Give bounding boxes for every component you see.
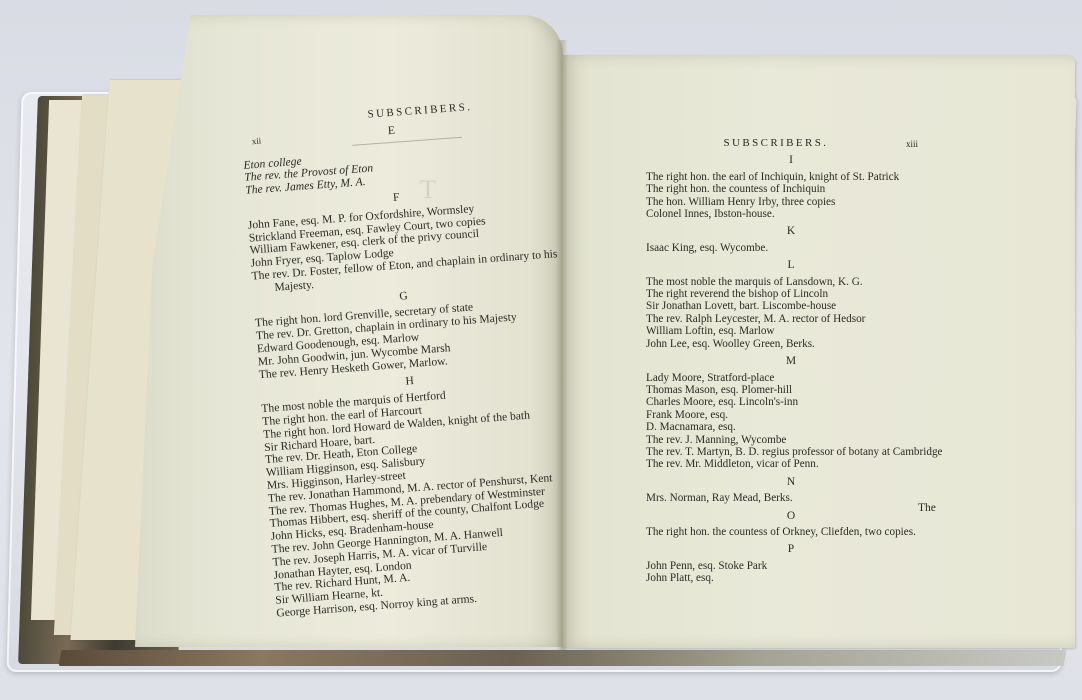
- running-head: SUBSCRIBERS.: [646, 137, 906, 149]
- subscriber-list: EEton collegeThe rev. the Provost of Eto…: [241, 112, 596, 620]
- subscriber-entry: The right reverend the bishop of Lincoln: [646, 288, 946, 300]
- page-number: xiii: [906, 138, 918, 150]
- subscriber-entry: Isaac King, esq. Wycombe.: [646, 242, 946, 254]
- subscriber-entry: John Lee, esq. Woolley Green, Berks.: [646, 338, 946, 350]
- subscriber-entry: Charles Moore, esq. Lincoln's-inn: [646, 396, 946, 408]
- subscriber-entry: Colonel Innes, Ibston-house.: [646, 208, 946, 220]
- right-page-text: SUBSCRIBERS. xiii IThe right hon. the ea…: [646, 137, 946, 585]
- subscriber-entry: The right hon. the countess of Inchiquin: [646, 183, 946, 195]
- subscriber-entry: The rev. Mr. Middleton, vicar of Penn.: [646, 458, 946, 470]
- subscriber-entry: The right hon. the countess of Orkney, C…: [646, 526, 946, 538]
- book-board-bottom-edge: [59, 650, 1067, 666]
- subscriber-entry: The rev. T. Martyn, B. D. regius profess…: [646, 446, 946, 458]
- section-letter: O: [646, 510, 936, 522]
- book-photo: T SUBSCRIBERS. xii EEton collegeThe rev.…: [0, 0, 1082, 700]
- subscriber-entry: The right hon. the earl of Inchiquin, kn…: [646, 171, 946, 183]
- catchword: The: [918, 502, 936, 514]
- subscriber-entry: The rev. J. Manning, Wycombe: [646, 434, 946, 446]
- subscriber-entry: Sir Jonathan Lovett, bart. Liscombe-hous…: [646, 300, 946, 312]
- subscriber-entry: D. Macnamara, esq.: [646, 421, 946, 433]
- section-letter: P: [646, 543, 936, 555]
- subscriber-entry: John Penn, esq. Stoke Park: [646, 560, 946, 572]
- subscriber-entry: Frank Moore, esq.: [646, 409, 946, 421]
- section-letter: L: [646, 259, 936, 271]
- section-letter: I: [646, 154, 936, 166]
- subscriber-entry: John Platt, esq.: [646, 572, 946, 584]
- subscriber-entry: Mrs. Norman, Ray Mead, Berks.: [646, 492, 946, 504]
- subscriber-list: IThe right hon. the earl of Inchiquin, k…: [646, 154, 946, 584]
- subscriber-entry: Thomas Mason, esq. Plomer-hill: [646, 384, 946, 396]
- subscriber-entry: The hon. William Henry Irby, three copie…: [646, 196, 946, 208]
- subscriber-entry: The rev. Ralph Leycester, M. A. rector o…: [646, 313, 946, 325]
- section-letter: N: [646, 476, 936, 488]
- section-letter: K: [646, 225, 936, 237]
- left-page-text: SUBSCRIBERS. xii EEton collegeThe rev. t…: [240, 95, 596, 621]
- page-number: xii: [251, 135, 261, 148]
- subscriber-entry: William Loftin, esq. Marlow: [646, 325, 946, 337]
- subscriber-entry: Lady Moore, Stratford-place: [646, 372, 946, 384]
- subscriber-entry: The most noble the marquis of Lansdown, …: [646, 276, 946, 288]
- section-letter: M: [646, 355, 936, 367]
